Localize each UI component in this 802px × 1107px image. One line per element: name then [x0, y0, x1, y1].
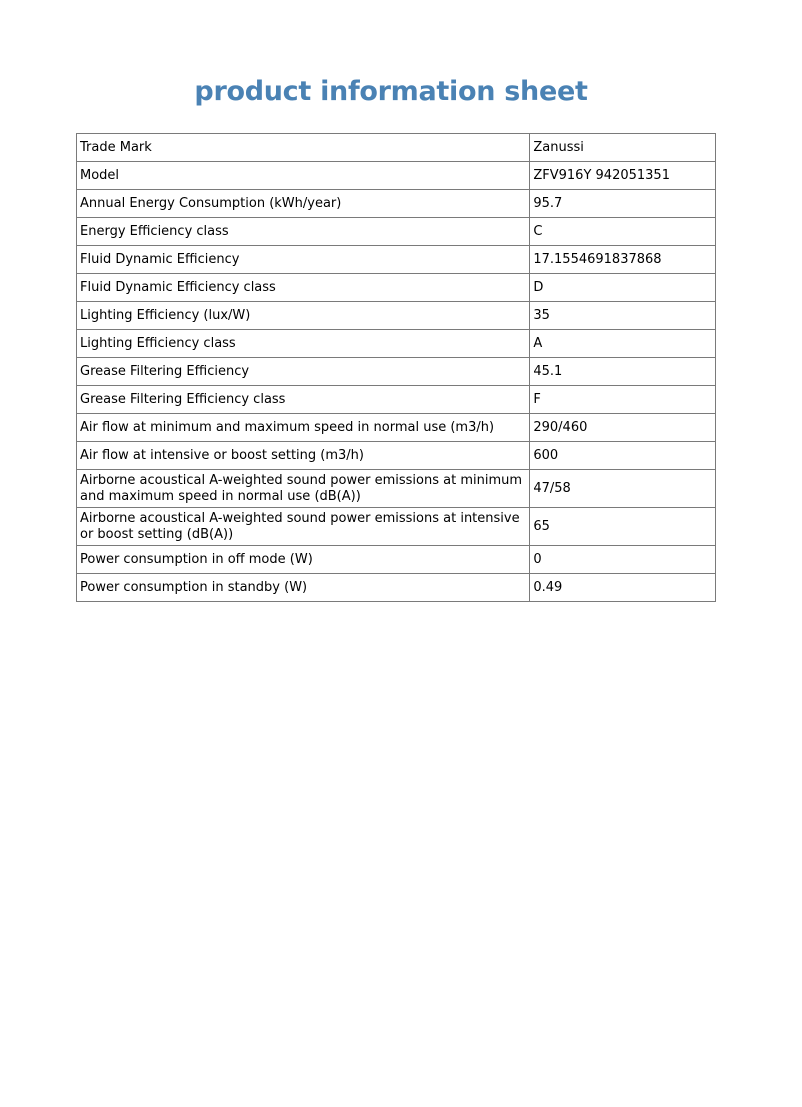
page-title: product information sheet [0, 76, 782, 107]
table-row: Fluid Dynamic Efficiency classD [77, 274, 716, 302]
row-label: Airborne acoustical A-weighted sound pow… [77, 470, 530, 508]
row-label: Model [77, 162, 530, 190]
row-value: F [530, 386, 716, 414]
row-label: Lighting Efficiency (lux/W) [77, 302, 530, 330]
row-label: Fluid Dynamic Efficiency [77, 246, 530, 274]
table-row: Power consumption in standby (W)0.49 [77, 574, 716, 602]
row-value: Zanussi [530, 134, 716, 162]
product-info-table: Trade MarkZanussi ModelZFV916Y 942051351… [76, 133, 716, 602]
table-row: ModelZFV916Y 942051351 [77, 162, 716, 190]
row-label: Trade Mark [77, 134, 530, 162]
row-label: Grease Filtering Efficiency class [77, 386, 530, 414]
row-value: 17.1554691837868 [530, 246, 716, 274]
row-value: 65 [530, 508, 716, 546]
row-label: Air flow at intensive or boost setting (… [77, 442, 530, 470]
row-value: 45.1 [530, 358, 716, 386]
row-value: C [530, 218, 716, 246]
table-row: Air flow at minimum and maximum speed in… [77, 414, 716, 442]
row-label: Power consumption in standby (W) [77, 574, 530, 602]
row-value: A [530, 330, 716, 358]
row-label: Grease Filtering Efficiency [77, 358, 530, 386]
table-row: Energy Efficiency classC [77, 218, 716, 246]
row-value: 47/58 [530, 470, 716, 508]
table-row: Trade MarkZanussi [77, 134, 716, 162]
table-row: Grease Filtering Efficiency classF [77, 386, 716, 414]
row-value: D [530, 274, 716, 302]
table-row: Airborne acoustical A-weighted sound pow… [77, 508, 716, 546]
row-label: Air flow at minimum and maximum speed in… [77, 414, 530, 442]
row-label: Annual Energy Consumption (kWh/year) [77, 190, 530, 218]
row-label: Airborne acoustical A-weighted sound pow… [77, 508, 530, 546]
table-row: Power consumption in off mode (W)0 [77, 546, 716, 574]
row-label: Fluid Dynamic Efficiency class [77, 274, 530, 302]
row-value: 600 [530, 442, 716, 470]
row-label: Power consumption in off mode (W) [77, 546, 530, 574]
table-row: Air flow at intensive or boost setting (… [77, 442, 716, 470]
table-row: Grease Filtering Efficiency45.1 [77, 358, 716, 386]
row-label: Energy Efficiency class [77, 218, 530, 246]
table-row: Lighting Efficiency classA [77, 330, 716, 358]
table-row: Airborne acoustical A-weighted sound pow… [77, 470, 716, 508]
row-value: 290/460 [530, 414, 716, 442]
row-value: 35 [530, 302, 716, 330]
table-row: Annual Energy Consumption (kWh/year)95.7 [77, 190, 716, 218]
row-value: 0.49 [530, 574, 716, 602]
row-label: Lighting Efficiency class [77, 330, 530, 358]
table-row: Fluid Dynamic Efficiency17.1554691837868 [77, 246, 716, 274]
row-value: 95.7 [530, 190, 716, 218]
row-value: ZFV916Y 942051351 [530, 162, 716, 190]
table-row: Lighting Efficiency (lux/W)35 [77, 302, 716, 330]
row-value: 0 [530, 546, 716, 574]
